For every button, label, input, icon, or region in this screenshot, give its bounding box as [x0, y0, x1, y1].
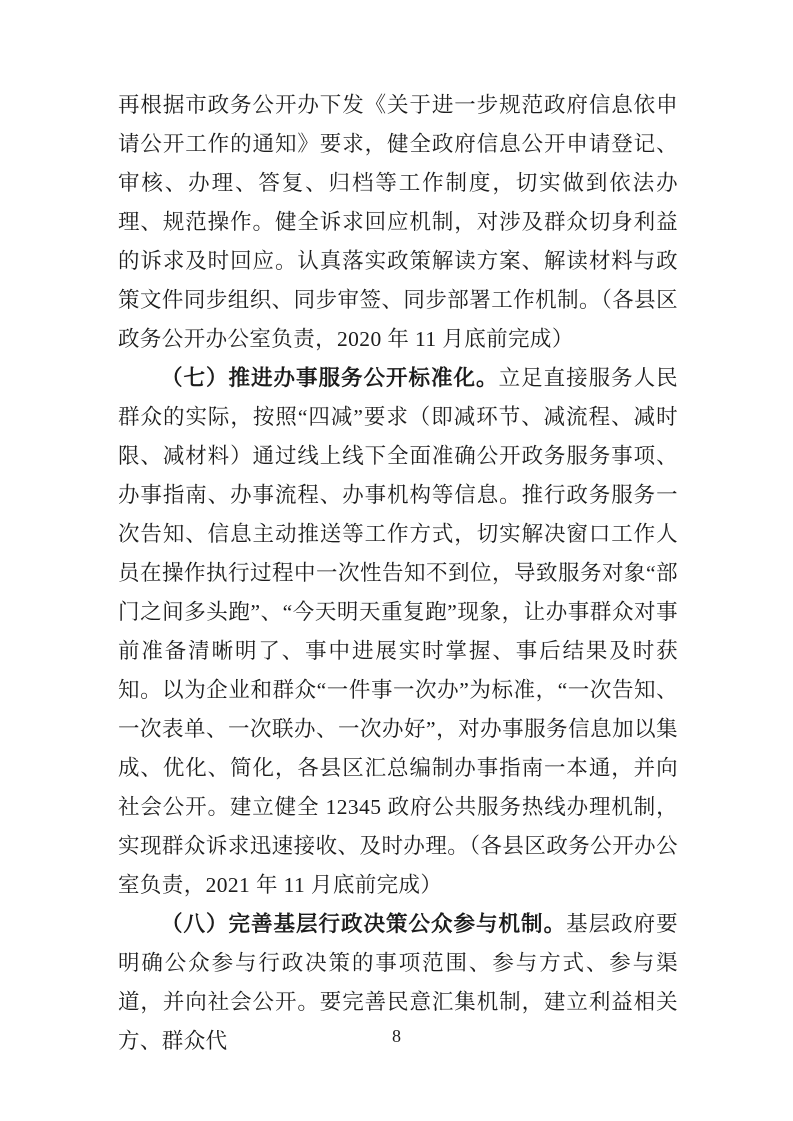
page-number: 8	[0, 1024, 793, 1048]
paragraph-item-seven: （七）推进办事服务公开标准化。立足直接服务人民群众的实际，按照“四减”要求（即减…	[118, 359, 678, 905]
item-seven-heading: （七）推进办事服务公开标准化。	[161, 366, 499, 390]
paragraph-continuation-text: 再根据市政务公开办下发《关于进一步规范政府信息依申请公开工作的通知》要求，健全政…	[118, 93, 678, 351]
paragraph-continuation: 再根据市政务公开办下发《关于进一步规范政府信息依申请公开工作的通知》要求，健全政…	[118, 86, 678, 359]
item-seven-body: 立足直接服务人民群众的实际，按照“四减”要求（即减环节、减流程、减时限、减材料）…	[118, 366, 678, 897]
item-eight-heading: （八）完善基层行政决策公众参与机制。	[161, 912, 566, 936]
document-body: 再根据市政务公开办下发《关于进一步规范政府信息依申请公开工作的通知》要求，健全政…	[118, 86, 678, 1061]
document-page: 再根据市政务公开办下发《关于进一步规范政府信息依申请公开工作的通知》要求，健全政…	[0, 0, 793, 1121]
